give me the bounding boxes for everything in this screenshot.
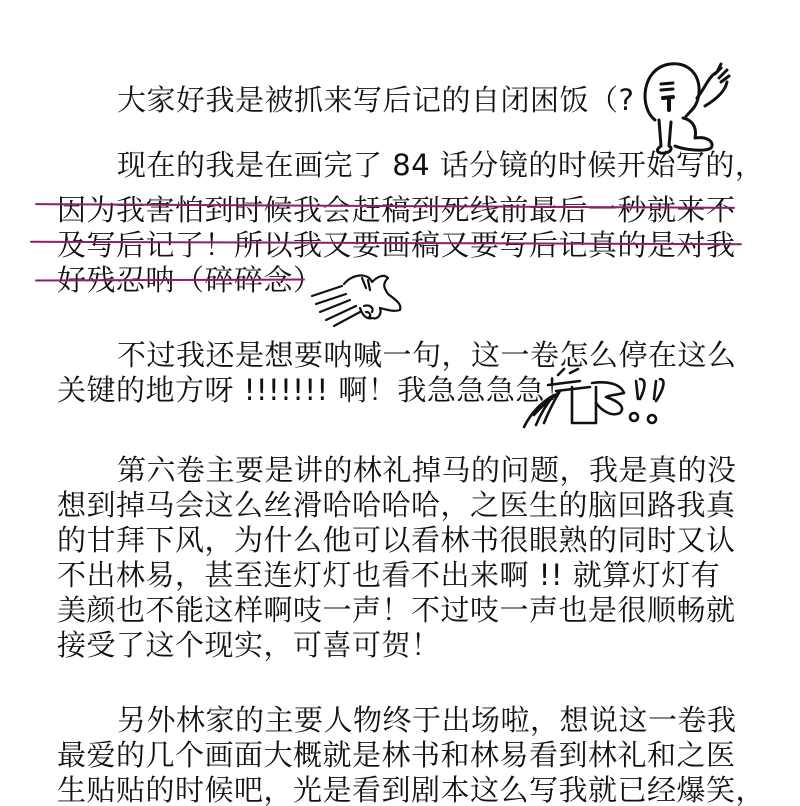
paragraph-4-line-4: 不出林易，甚至连灯灯也看不出来啊 !! 就算灯灯有 [57,557,720,593]
paragraph-5-line-2: 最爱的几个画面大概就是林书和林易看到林礼和之医 [57,737,736,773]
paragraph-4-line-2: 想到掉马会这么丝滑哈哈哈哈，之医生的脑回路我真 [57,487,736,523]
paragraph-2-line-3-struck: 及写后记了！所以我又要画稿又要写后记真的是对我 [57,227,736,263]
paragraph-4-line-3: 的甘拜下风，为什么他可以看林书很眼熟的同时又认 [57,522,736,558]
paragraph-5-line-1: 另外林家的主要人物终于出场啦，想说这一卷我 [117,702,737,738]
flying-fist-sketch-icon [308,268,408,333]
paragraph-4-line-5: 美颜也不能这样啊吱一声！不过吱一声也是很顺畅就 [57,592,736,628]
paragraph-4-line-1: 第六卷主要是讲的林礼掉马的问题，我是真的没 [117,452,737,488]
paragraph-3-line-2: 关键的地方呀 !!!!!!! 啊！我急急急急！ [57,372,574,408]
waving-blob-character-icon [635,58,745,158]
paragraph-1-line-1: 大家好我是被抓来写后记的自闭困饭（? [117,82,634,118]
screaming-exclaim-sketch-icon [520,365,690,435]
paragraph-4-line-6: 接受了这个现实，可喜可贺！ [57,627,441,663]
paragraph-2-line-2-struck: 因为我害怕到时候我会赶稿到死线前最后一秒就来不 [57,192,736,228]
paragraph-5-line-3: 生贴贴的时候吧，光是看到剧本这么写我就已经爆笑， [57,772,765,806]
